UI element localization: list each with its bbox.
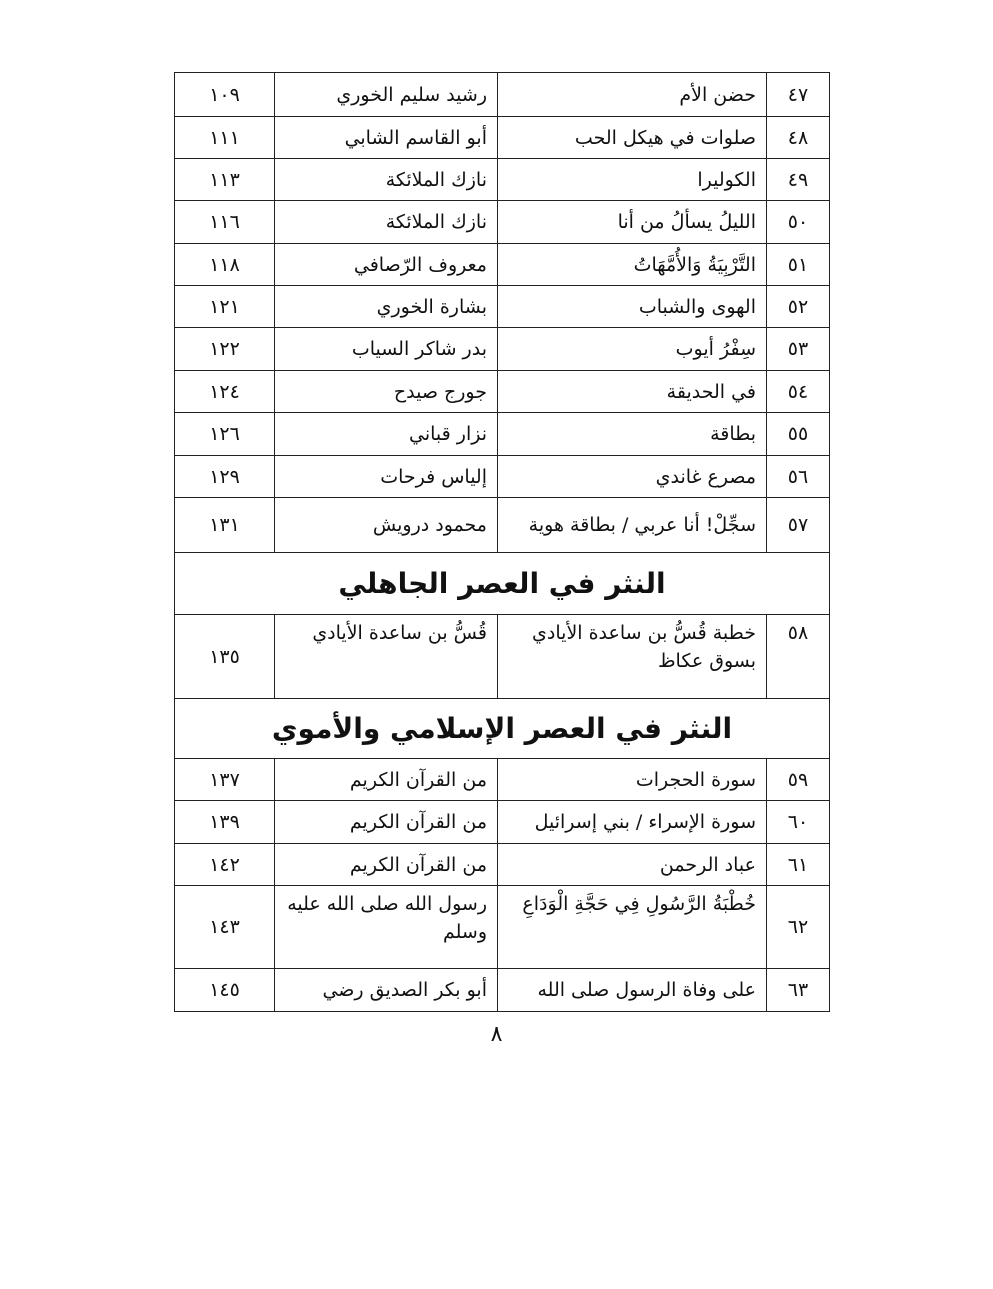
entry-author: معروف الرّصافي xyxy=(275,244,498,286)
entry-number: ٦٠ xyxy=(767,801,830,844)
entry-page: ١٢١ xyxy=(175,286,275,328)
table-row: ٦٣على وفاة الرسول صلى اللهأبو بكر الصديق… xyxy=(175,969,830,1012)
table-of-contents: ٤٧حضن الأمرشيد سليم الخوري١٠٩ ٤٨صلوات في… xyxy=(174,72,830,1012)
entry-page: ١٣١ xyxy=(175,498,275,553)
entry-page: ١١٣ xyxy=(175,159,275,201)
entry-title: صلوات في هيكل الحب xyxy=(498,117,767,159)
entry-title: التَّرْبِيَةُ وَالأُمَّهَاتُ xyxy=(498,244,767,286)
entry-number: ٥٧ xyxy=(767,498,830,553)
entry-page: ١٣٧ xyxy=(175,759,275,801)
entry-number: ٦٣ xyxy=(767,969,830,1012)
entry-number: ٥٤ xyxy=(767,371,830,413)
entry-number: ٤٩ xyxy=(767,159,830,201)
entry-page: ١١١ xyxy=(175,117,275,159)
entry-title: عباد الرحمن xyxy=(498,844,767,886)
entry-page: ١٤٣ xyxy=(175,886,275,969)
entry-title: الليلُ يسألُ من أنا xyxy=(498,201,767,244)
entry-number: ٤٧ xyxy=(767,73,830,117)
table-row: ٦٠سورة الإسراء / بني إسرائيلمن القرآن ال… xyxy=(175,801,830,844)
table-row: ٥٤في الحديقةجورج صيدح١٢٤ xyxy=(175,371,830,413)
entry-title: سورة الإسراء / بني إسرائيل xyxy=(498,801,767,844)
table-row: ٥٨خطبة قُسُّ بن ساعدة الأيادي بسوق عكاظق… xyxy=(175,615,830,699)
table-row: ٤٩الكوليرانازك الملائكة١١٣ xyxy=(175,159,830,201)
entry-author: نازك الملائكة xyxy=(275,201,498,244)
entry-number: ٥٠ xyxy=(767,201,830,244)
entry-title: على وفاة الرسول صلى الله xyxy=(498,969,767,1012)
entry-author: من القرآن الكريم xyxy=(275,801,498,844)
entry-title: خطبة قُسُّ بن ساعدة الأيادي بسوق عكاظ xyxy=(498,615,767,699)
entry-number: ٥١ xyxy=(767,244,830,286)
entry-number: ٦١ xyxy=(767,844,830,886)
entry-number: ٥٥ xyxy=(767,413,830,456)
entry-author: من القرآن الكريم xyxy=(275,759,498,801)
table-row: ٥٠الليلُ يسألُ من أنانازك الملائكة١١٦ xyxy=(175,201,830,244)
table-row: ٥٢الهوى والشباببشارة الخوري١٢١ xyxy=(175,286,830,328)
entry-author: بدر شاكر السياب xyxy=(275,328,498,371)
entry-title: في الحديقة xyxy=(498,371,767,413)
entry-number: ٥٨ xyxy=(767,615,830,699)
entry-title: الكوليرا xyxy=(498,159,767,201)
entry-page: ١٤٥ xyxy=(175,969,275,1012)
entry-page: ١٠٩ xyxy=(175,73,275,117)
entry-number: ٥٦ xyxy=(767,456,830,498)
entry-title: سجِّلْ! أنا عربي / بطاقة هوية xyxy=(498,498,767,553)
table-row: ٤٧حضن الأمرشيد سليم الخوري١٠٩ xyxy=(175,73,830,117)
entry-author: بشارة الخوري xyxy=(275,286,498,328)
section-header: النثر في العصر الجاهلي xyxy=(175,553,830,615)
entry-author: أبو القاسم الشابي xyxy=(275,117,498,159)
entry-title: بطاقة xyxy=(498,413,767,456)
entry-number: ٥٢ xyxy=(767,286,830,328)
table-row: ٥٩سورة الحجراتمن القرآن الكريم١٣٧ xyxy=(175,759,830,801)
entry-author: نازك الملائكة xyxy=(275,159,498,201)
entry-author: جورج صيدح xyxy=(275,371,498,413)
entry-title: الهوى والشباب xyxy=(498,286,767,328)
entry-title: مصرع غاندي xyxy=(498,456,767,498)
table-row: ٥٥بطاقةنزار قباني١٢٦ xyxy=(175,413,830,456)
entry-author: قُسُّ بن ساعدة الأيادي xyxy=(275,615,498,699)
table-row: ٦١عباد الرحمنمن القرآن الكريم١٤٢ xyxy=(175,844,830,886)
table-row: ٥٦مصرع غانديإلياس فرحات١٢٩ xyxy=(175,456,830,498)
entry-title: خُطْبَةُ الرَّسُولِ فِي حَجَّةِ الْوَدَا… xyxy=(498,886,767,969)
entry-author: رسول الله صلى الله عليه وسلم xyxy=(275,886,498,969)
table-row: ٥٣سِفْرُ أيوببدر شاكر السياب١٢٢ xyxy=(175,328,830,371)
table-row: ٦٢خُطْبَةُ الرَّسُولِ فِي حَجَّةِ الْوَد… xyxy=(175,886,830,969)
entry-page: ١٢٦ xyxy=(175,413,275,456)
entry-page: ١١٨ xyxy=(175,244,275,286)
page-number: ٨ xyxy=(0,1022,993,1047)
table-row: ٥١التَّرْبِيَةُ وَالأُمَّهَاتُمعروف الرّ… xyxy=(175,244,830,286)
entry-author: إلياس فرحات xyxy=(275,456,498,498)
entry-number: ٦٢ xyxy=(767,886,830,969)
entry-author: أبو بكر الصديق رضي xyxy=(275,969,498,1012)
entry-title: سِفْرُ أيوب xyxy=(498,328,767,371)
entry-author: محمود درويش xyxy=(275,498,498,553)
entry-number: ٤٨ xyxy=(767,117,830,159)
entry-page: ١٣٥ xyxy=(175,615,275,699)
section-header: النثر في العصر الإسلامي والأموي xyxy=(175,699,830,759)
section-title-islamic-umayyad-prose: النثر في العصر الإسلامي والأموي xyxy=(175,699,830,759)
entry-author: نزار قباني xyxy=(275,413,498,456)
entry-page: ١٣٩ xyxy=(175,801,275,844)
entry-page: ١٤٢ xyxy=(175,844,275,886)
entry-page: ١١٦ xyxy=(175,201,275,244)
entry-author: من القرآن الكريم xyxy=(275,844,498,886)
entry-number: ٥٣ xyxy=(767,328,830,371)
table-row: ٤٨صلوات في هيكل الحبأبو القاسم الشابي١١١ xyxy=(175,117,830,159)
entry-page: ١٢٢ xyxy=(175,328,275,371)
entry-page: ١٢٤ xyxy=(175,371,275,413)
section-title-jahili-prose: النثر في العصر الجاهلي xyxy=(175,553,830,615)
entry-title: سورة الحجرات xyxy=(498,759,767,801)
table-row: ٥٧سجِّلْ! أنا عربي / بطاقة هويةمحمود درو… xyxy=(175,498,830,553)
entry-author: رشيد سليم الخوري xyxy=(275,73,498,117)
entry-page: ١٢٩ xyxy=(175,456,275,498)
entry-title: حضن الأم xyxy=(498,73,767,117)
entry-number: ٥٩ xyxy=(767,759,830,801)
